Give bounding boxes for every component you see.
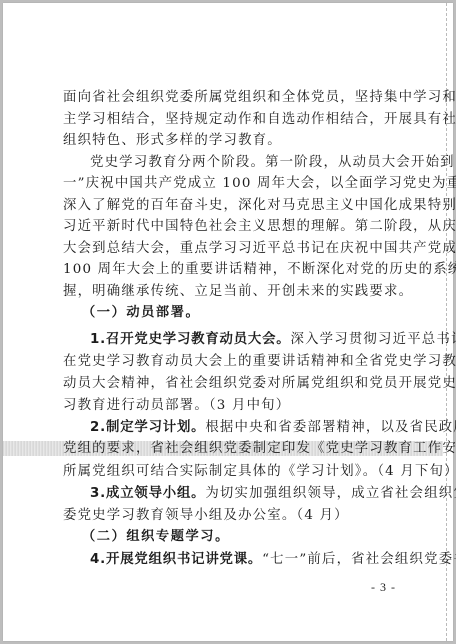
item-2-first-line: 2.制定学习计划。根据中央和省委部署精神，以及省民政厅 [90,418,399,438]
text-line: 在党史学习教育动员大会上的重要讲话精神和全省党史学习教育 [63,352,399,372]
text-line: 面向省社会组织党委所属党组织和全体党员，坚持集中学习和自 [63,88,399,108]
text-line: 握，明确继承传统、立足当前、开创未来的实践要求。 [63,282,399,302]
item-2-title: 2.制定学习计划。 [90,420,205,435]
section-heading-study: （二）组织专题学习。 [82,527,230,547]
document-page: 面向省社会组织党委所属党组织和全体党员，坚持集中学习和自 主学习相结合，坚持规定… [3,3,453,641]
item-3-title: 3.成立领导小组。 [90,486,205,501]
text-line: 习近平新时代中国特色社会主义思想的理解。第二阶段，从庆祝 [63,217,399,237]
page-number: - 3 - [371,580,396,595]
text-line: 动员大会精神，省社会组织党委对所属党组织和党员开展党史学 [63,374,399,394]
text-line: 主学习相结合，坚持规定动作和自选动作相结合，开展具有社会 [63,110,399,130]
text-line: 党组的要求，省社会组织党委制定印发《党史学习教育工作安排》， [63,439,399,459]
text-line: 深入了解党的百年奋斗史，深化对马克思主义中国化成果特别是 [63,196,399,216]
text-line: 党史学习教育分两个阶段。第一阶段，从动员大会开始到“七 [90,153,399,173]
text-line: 组织特色、形式多样的学习教育。 [63,131,399,151]
item-3-first-line: 3.成立领导小组。为切实加强组织领导，成立省社会组织党 [90,484,399,504]
section-heading-mobilization: （一）动员部署。 [82,303,200,323]
text-line: 100 周年大会上的重要讲话精神，不断深化对党的历史的系统把 [63,260,399,280]
item-4-first-line: 4.开展党组织书记讲党课。“七一”前后，省社会组织党委书 [90,550,399,570]
item-1-text: 深入学习贯彻习近平总书记 [290,332,456,347]
item-4-title: 4.开展党组织书记讲党课。 [90,552,262,567]
text-line: 所属党组织可结合实际制定具体的《学习计划》。（4 月下旬） [63,462,399,482]
text-line: 一”庆祝中国共产党成立 100 周年大会，以全面学习党史为重点， [63,174,399,194]
item-1-title: 1.召开党史学习教育动员大会。 [90,332,290,347]
text-line: 习教育进行动员部署。（3 月中旬） [63,396,399,416]
text-line: 大会到总结大会，重点学习习近平总书记在庆祝中国共产党成立 [63,239,399,259]
item-4-text: “七一”前后，省社会组织党委书 [262,552,456,567]
text-line: 委党史学习教育领导小组及办公室。（4 月） [63,506,399,526]
item-3-text: 为切实加强组织领导，成立省社会组织党 [205,486,456,501]
item-1-first-line: 1.召开党史学习教育动员大会。深入学习贯彻习近平总书记 [90,330,399,350]
item-2-text: 根据中央和省委部署精神，以及省民政厅 [205,420,456,435]
